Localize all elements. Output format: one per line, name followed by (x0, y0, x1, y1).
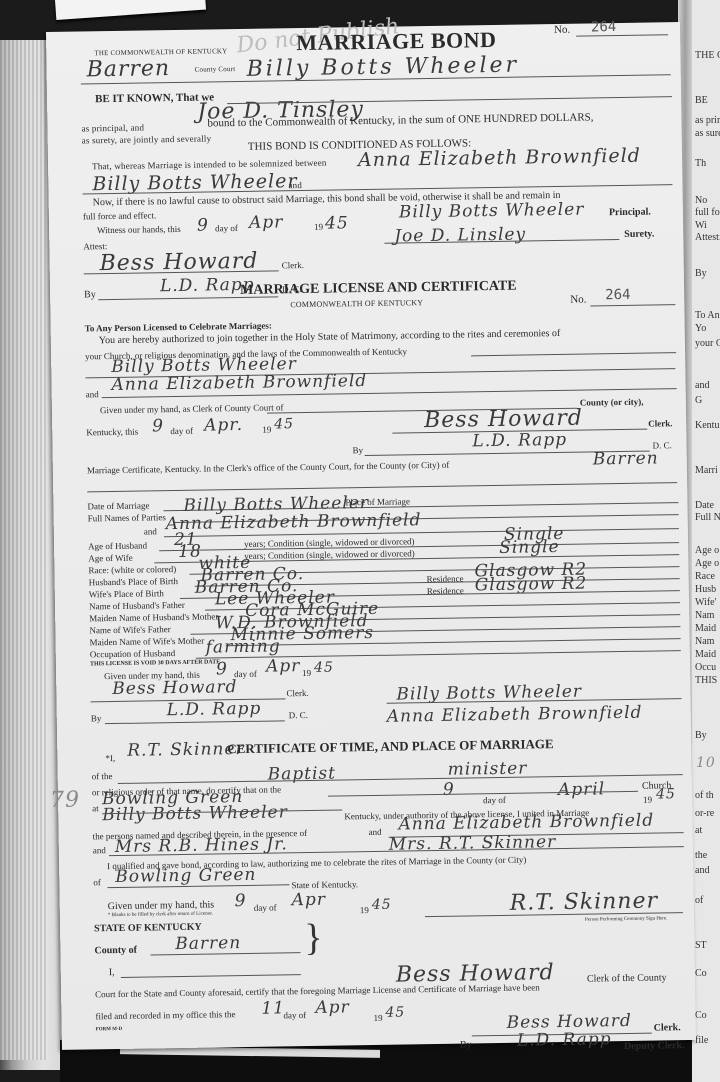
field-label-wife-mother: Maiden Name of Wife's Mother (90, 636, 205, 648)
recording-county: Barren (175, 933, 241, 954)
field-label-wife-father: Name of Wife's Father (89, 624, 170, 635)
book-page-edges (0, 40, 48, 1060)
bond-title: MARRIAGE BOND (296, 27, 497, 56)
given-year: 45 (372, 897, 392, 913)
field-label-date: Date of Marriage (87, 500, 149, 511)
facing-page-text: No (695, 195, 707, 206)
given-day: 9 (235, 891, 247, 911)
given-month: Apr (292, 890, 327, 911)
bond-place: Bowling Green (115, 865, 256, 887)
license-subtitle: COMMONWEALTH OF KENTUCKY (290, 298, 423, 309)
certificate-bride: Anna Elizabeth Brownfield (398, 811, 654, 835)
clerk-label: Clerk. (648, 418, 672, 428)
rule (87, 482, 677, 492)
given-text: Given under my hand, this (108, 899, 215, 912)
at-label: at (92, 803, 99, 813)
principal-line-text: as principal, and (81, 122, 144, 133)
facing-page-text: as suret (695, 128, 720, 139)
filed-recorded-text: filed and recorded in my office this the (95, 1009, 235, 1021)
and-label: and (369, 827, 382, 837)
loose-paper-top (55, 0, 206, 20)
facing-page-text: Maid (695, 623, 716, 634)
clerk-of-county-text: Clerk of the County (587, 972, 667, 984)
signature-caption: Person Performing Ceremony Sign Here. (585, 916, 667, 922)
bride-signature: Anna Elizabeth Brownfield (387, 703, 643, 727)
facing-page-text: Age o (695, 545, 719, 556)
facing-page-text: Nam (695, 610, 714, 621)
surety-line-text: as surety, are jointly and severally (82, 133, 212, 145)
void-notice: THIS LICENSE IS VOID 30 DAYS AFTER DATE (90, 659, 220, 667)
rule (590, 304, 675, 306)
facing-page-text: Wi (695, 220, 707, 231)
bond-number-line (576, 34, 668, 36)
by-label: By (91, 713, 102, 723)
rule (471, 352, 676, 356)
license-dc-signature: L.D. Rapp (472, 430, 567, 451)
rule (105, 720, 285, 724)
field-label-age-wife: Age of Wife (88, 553, 133, 564)
deputy-clerk-label: Deputy Clerk. (624, 1040, 685, 1052)
facing-page-text: Race (695, 571, 715, 582)
facing-page-text: Marri (695, 465, 718, 476)
recording-day: 11 (261, 998, 285, 1018)
of-the-label: of the (92, 771, 113, 781)
and-label: and (86, 389, 99, 399)
by-label: By (84, 289, 96, 300)
bond-number: 264 (591, 19, 617, 35)
certificate-day: 9 (443, 780, 455, 800)
county-of-label: County of (94, 945, 137, 957)
facing-page-text: Age o (695, 558, 719, 569)
rule (121, 974, 301, 978)
license-month: Apr. (204, 415, 243, 436)
county-court-label: County Court (195, 65, 236, 74)
i-label: I, (109, 967, 115, 978)
field-label-husband-father: Name of Husband's Father (89, 600, 185, 612)
facing-page-text: or-re (695, 808, 714, 819)
day-of-label: day of (283, 1010, 306, 1020)
bond-day: 9 (197, 215, 209, 235)
license-number: 264 (605, 287, 631, 303)
rule (159, 542, 679, 551)
field-label-occupation: Occupation of Husband (90, 648, 176, 659)
bond-bride-name: Anna Elizabeth Brownfield (358, 145, 641, 171)
state-of-kentucky-heading: STATE OF KENTUCKY (94, 922, 202, 935)
clerk-label: Clerk. (654, 1022, 681, 1033)
facing-page-text: G (695, 395, 702, 406)
principal-signature: Billy Botts Wheeler (399, 200, 585, 223)
day-of-label: day of (234, 669, 257, 679)
recording-year: 45 (385, 1004, 405, 1020)
form-number: FORM M-D (96, 1027, 123, 1032)
facing-page-text: By (695, 268, 707, 279)
facing-page-text: your C (695, 338, 720, 349)
facing-page-text: Maid (695, 649, 716, 660)
field-value-occupation: farming (206, 636, 281, 657)
bond-county: Barren (86, 56, 170, 82)
attest-label: Attest: (83, 241, 107, 251)
surety-label: Surety. (624, 228, 654, 239)
facing-page-text: Co (695, 968, 707, 979)
day-of-label: day of (215, 223, 238, 233)
margin-note-left: 79 (50, 788, 80, 813)
of-label: of (93, 877, 101, 887)
by-label: By (353, 445, 364, 455)
facing-page-text: Nam (695, 636, 714, 647)
field-label-and: and (144, 526, 157, 536)
dc-label: D. C. (289, 710, 308, 720)
facing-page-text: of (695, 895, 703, 906)
i-label: *I, (105, 753, 115, 763)
field-label-age-husband: Age of Husband (88, 540, 147, 551)
facing-page-text: of th (695, 790, 714, 801)
to-any-person: To Any Person Licensed to Celebrate Marr… (85, 320, 272, 333)
license-title: MARRIAGE LICENSE AND CERTIFICATE (240, 279, 517, 299)
facing-page-text: Yo (695, 323, 706, 334)
record-clerk-signature: Bess Howard (112, 677, 237, 699)
minister-signature: R.T. Skinner (510, 888, 659, 915)
facing-page-text: at (695, 825, 702, 836)
year-prefix: 19 (302, 668, 311, 678)
facing-page-text: Kentu (695, 420, 719, 431)
margin-note-right: 10 (696, 755, 716, 771)
year-prefix: 19 (643, 795, 652, 805)
field-label-race: Race: (white or colored) (88, 564, 176, 575)
certificate-county: Barren (593, 448, 659, 469)
full-force-text: full force and effect. (83, 210, 156, 221)
clerk-label: Clerk. (282, 260, 304, 270)
wife-condition: Single (499, 537, 560, 558)
facing-page: THE C BE as princ as suret Th No full fo… (692, 0, 720, 1082)
facing-page-text: and (695, 865, 709, 876)
principal-label: Principal. (609, 207, 651, 219)
certificate-month: April (558, 779, 605, 800)
facing-page-text: Date (695, 500, 714, 511)
facing-page-text: full forc (695, 207, 720, 218)
marriage-record-page: Do not Publish THE COMMONWEALTH OF KENTU… (46, 22, 696, 1050)
and-label: and (93, 845, 106, 855)
license-year: 45 (274, 416, 294, 432)
day-of-label: day of (254, 902, 277, 912)
deputy-signature: L.D. Rapp (517, 1029, 612, 1050)
facing-page-text: THIS (695, 675, 717, 686)
facing-page-text: file (695, 1035, 708, 1046)
year-prefix: 19 (262, 425, 271, 435)
facing-page-text: as princ (695, 115, 720, 126)
certificate-year: 45 (656, 786, 676, 802)
day-of-label: day of (483, 795, 506, 805)
facing-page-text: Attest: (695, 232, 720, 243)
field-value-bride: Anna Elizabeth Brownfield (166, 510, 422, 534)
record-year: 45 (314, 660, 334, 676)
record-month: Apr (266, 656, 301, 677)
blanks-footnote: * Blanks to be filled by clerk after ret… (108, 911, 213, 918)
field-label-parties: Full Names of Parties (88, 512, 166, 523)
certificate-text: Marriage Certificate, Kentucky. In the C… (87, 460, 450, 476)
record-dc-signature: L.D. Rapp (167, 699, 262, 720)
certificate-title: CERTIFICATE OF TIME, AND PLACE OF MARRIA… (227, 736, 554, 757)
and-label: and (288, 180, 302, 190)
facing-page-text: the (695, 850, 707, 861)
license-clerk-signature: Bess Howard (424, 406, 583, 433)
facing-page-text: THE C (695, 50, 720, 61)
facing-page-text: Occu (695, 662, 716, 673)
day-of-label: day of (170, 426, 193, 436)
facing-page-text: Co (695, 1010, 707, 1021)
facing-page-text: Husb (695, 584, 716, 595)
facing-page-text: Full N (695, 512, 720, 523)
by-label: By (460, 1039, 472, 1050)
license-bride: Anna Elizabeth Brownfield (111, 371, 367, 395)
clerk-label: Clerk. (286, 688, 308, 698)
bond-month: Apr (249, 212, 284, 233)
field-label-husband-birthplace: Husband's Place of Birth (89, 576, 179, 587)
facing-page-text: ST (695, 940, 707, 951)
year-prefix: 19 (373, 1013, 382, 1023)
facing-page-text: By (695, 730, 707, 741)
year-prefix: 19 (360, 905, 369, 915)
field-label-wife-birthplace: Wife's Place of Birth (89, 588, 164, 599)
facing-page-text: Th (695, 158, 706, 169)
license-number-label: No. (570, 294, 586, 306)
bracket: } (304, 916, 323, 960)
facing-page-text: To An (695, 310, 720, 321)
witness-text: Witness our hands, this (97, 224, 181, 235)
rule (151, 952, 301, 955)
court-certify-text: Court for the State and County aforesaid… (95, 982, 540, 999)
bond-number-label: No. (554, 24, 570, 36)
facing-page-text: and (695, 380, 709, 391)
kentucky-this: Kentucky, this (86, 427, 138, 438)
field-label-husband-mother: Maiden Name of Husband's Mother (89, 611, 218, 623)
state-of-kentucky-text: State of Kentucky. (291, 879, 358, 890)
year-prefix: 19 (314, 222, 323, 232)
recording-month: Apr (315, 997, 350, 1018)
bond-year: 45 (325, 213, 349, 233)
facing-page-text: Wife' (695, 597, 716, 608)
license-day: 9 (152, 416, 164, 436)
minister-name: R.T. Skinner (127, 739, 245, 761)
facing-page-text: BE (695, 95, 708, 106)
county-or-city-label: County (or city), (580, 397, 644, 408)
given-text: Given under my hand, as Clerk of County … (100, 402, 284, 415)
